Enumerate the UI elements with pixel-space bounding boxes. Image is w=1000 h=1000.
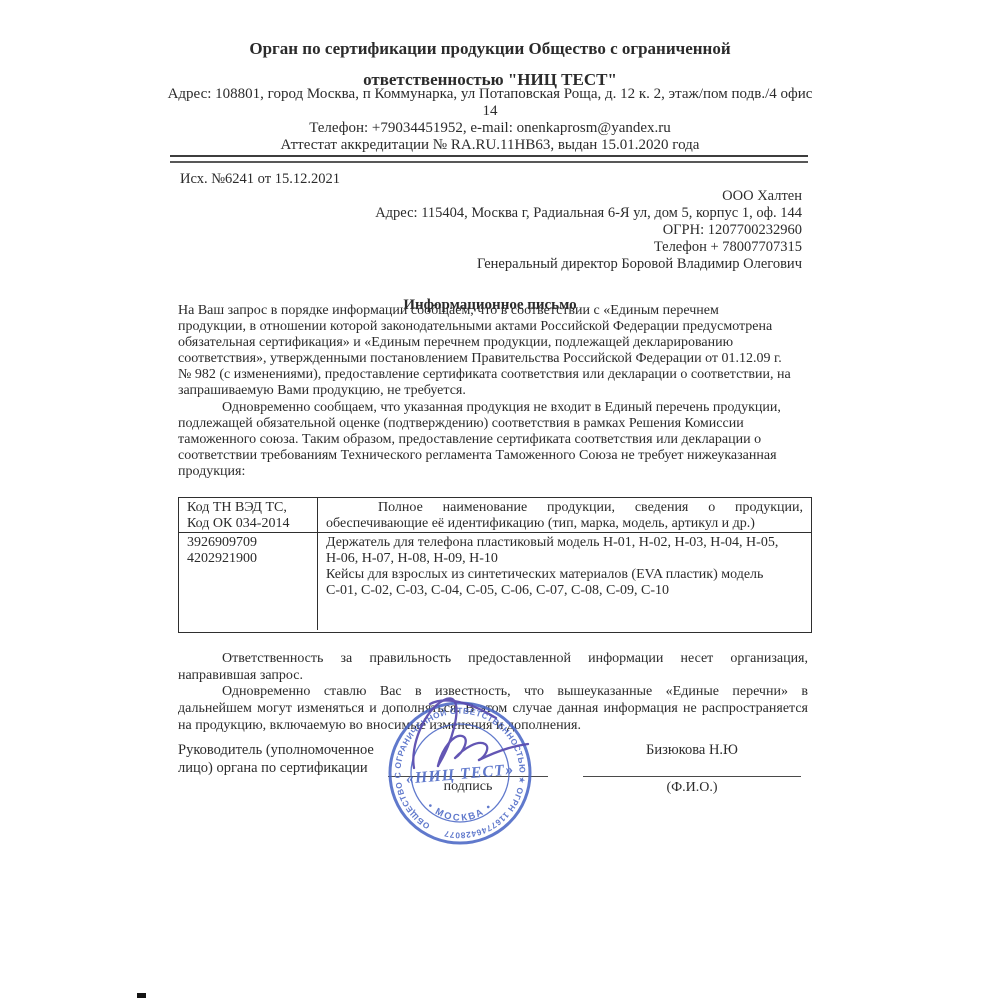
table-header-row: Код ТН ВЭД ТС,Код ОК 034-2014 Полное наи… [179,498,811,533]
text-line: Орган по сертификации продукции Общество… [170,33,810,64]
recipient-block: ООО ХалтенАдрес: 115404, Москва г, Радиа… [178,188,802,273]
outgoing-reference: Исх. №6241 от 15.12.2021 [180,171,340,188]
svg-text:• МОСКВА •: • МОСКВА • [425,801,495,824]
text-line: запрашиваемую Вами продукцию, не требует… [178,383,808,399]
text-line: Одновременно сообщаем, что указанная про… [178,400,808,416]
text-line: Держатель для телефона пластиковый модел… [326,535,803,551]
text-line: На Ваш запрос в порядке информации сообщ… [178,303,808,319]
text-line: обязательная сертификация» и «Единым пер… [178,335,808,351]
table-header-code-cell: Код ТН ВЭД ТС,Код ОК 034-2014 [179,498,318,532]
text-line: лицо) органа по сертификации [178,760,374,778]
text-line: подлежащей обязательной оценке (подтверж… [178,416,808,432]
table-code-cell: 39269097094202921900 [179,533,318,630]
text-line: обеспечивающие её идентификацию (тип, ма… [326,516,803,532]
text-line: ОГРН: 1207700232960 [178,222,802,239]
signatory-name: Бизюкова Н.Ю [583,742,801,759]
name-line [583,776,801,777]
text-line: направившая запрос. [178,667,808,684]
org-header-address: Адрес: 108801, город Москва, п Коммунарк… [150,86,830,120]
text-line: С-01, С-02, С-03, С-04, С-05, С-06, С-07… [326,583,803,599]
scanned-letter-page: Орган по сертификации продукции Общество… [0,0,1000,1000]
text-line: Телефон + 78007707315 [178,239,802,256]
text-line: продукция: [178,464,808,480]
text-line: 4202921900 [187,551,309,567]
text-line: 14 [150,103,830,120]
text-line: Адрес: 115404, Москва г, Радиальная 6-Я … [178,205,802,222]
text-line: ООО Халтен [178,188,802,205]
text-line: Полное наименование продукции, сведения … [326,500,803,516]
table-row: 39269097094202921900 Держатель для телеф… [179,533,811,630]
paragraph-1: На Ваш запрос в порядке информации сообщ… [178,303,808,399]
text-line: Код ОК 034-2014 [187,516,309,532]
table-header-name-cell: Полное наименование продукции, сведения … [318,498,811,532]
signatory-role-label: Руководитель (уполномоченноелицо) органа… [178,742,374,777]
text-line: Генеральный директор Боровой Владимир Ол… [178,256,802,273]
text-line: Н-06, Н-07, Н-08, Н-09, Н-10 [326,551,803,567]
header-divider-rule [170,155,808,163]
paragraph-2: Одновременно сообщаем, что указанная про… [178,400,808,480]
text-line: Кейсы для взрослых из синтетических мате… [326,567,803,583]
product-table: Код ТН ВЭД ТС,Код ОК 034-2014 Полное наи… [178,497,812,633]
text-line: соответствии требованиям Технического ре… [178,448,808,464]
text-line: Код ТН ВЭД ТС, [187,500,309,516]
text-line: соответствия», утвержденными постановлен… [178,351,808,367]
text-line: 3926909709 [187,535,309,551]
scan-artifact [137,993,146,998]
handwritten-signature-icon [400,688,570,793]
text-line: Адрес: 108801, город Москва, п Коммунарк… [150,86,830,103]
table-name-cell: Держатель для телефона пластиковый модел… [318,533,811,630]
text-line: № 982 (с изменениями), предоставление се… [178,367,808,383]
text-line: Ответственность за правильность предоста… [178,650,808,667]
org-header-phone: Телефон: +79034451952, e-mail: onenkapro… [170,120,810,137]
text-line: Руководитель (уполномоченное [178,742,374,760]
stamp-city-text: • МОСКВА • [425,801,495,824]
paragraph-3: Ответственность за правильность предоста… [178,650,808,684]
name-caption: (Ф.И.О.) [583,780,801,796]
text-line: таможенного союза. Таким образом, предос… [178,432,808,448]
org-header-accreditation: Аттестат аккредитации № RA.RU.11НВ63, вы… [170,137,810,154]
text-line: продукции, в отношении которой законодат… [178,319,808,335]
